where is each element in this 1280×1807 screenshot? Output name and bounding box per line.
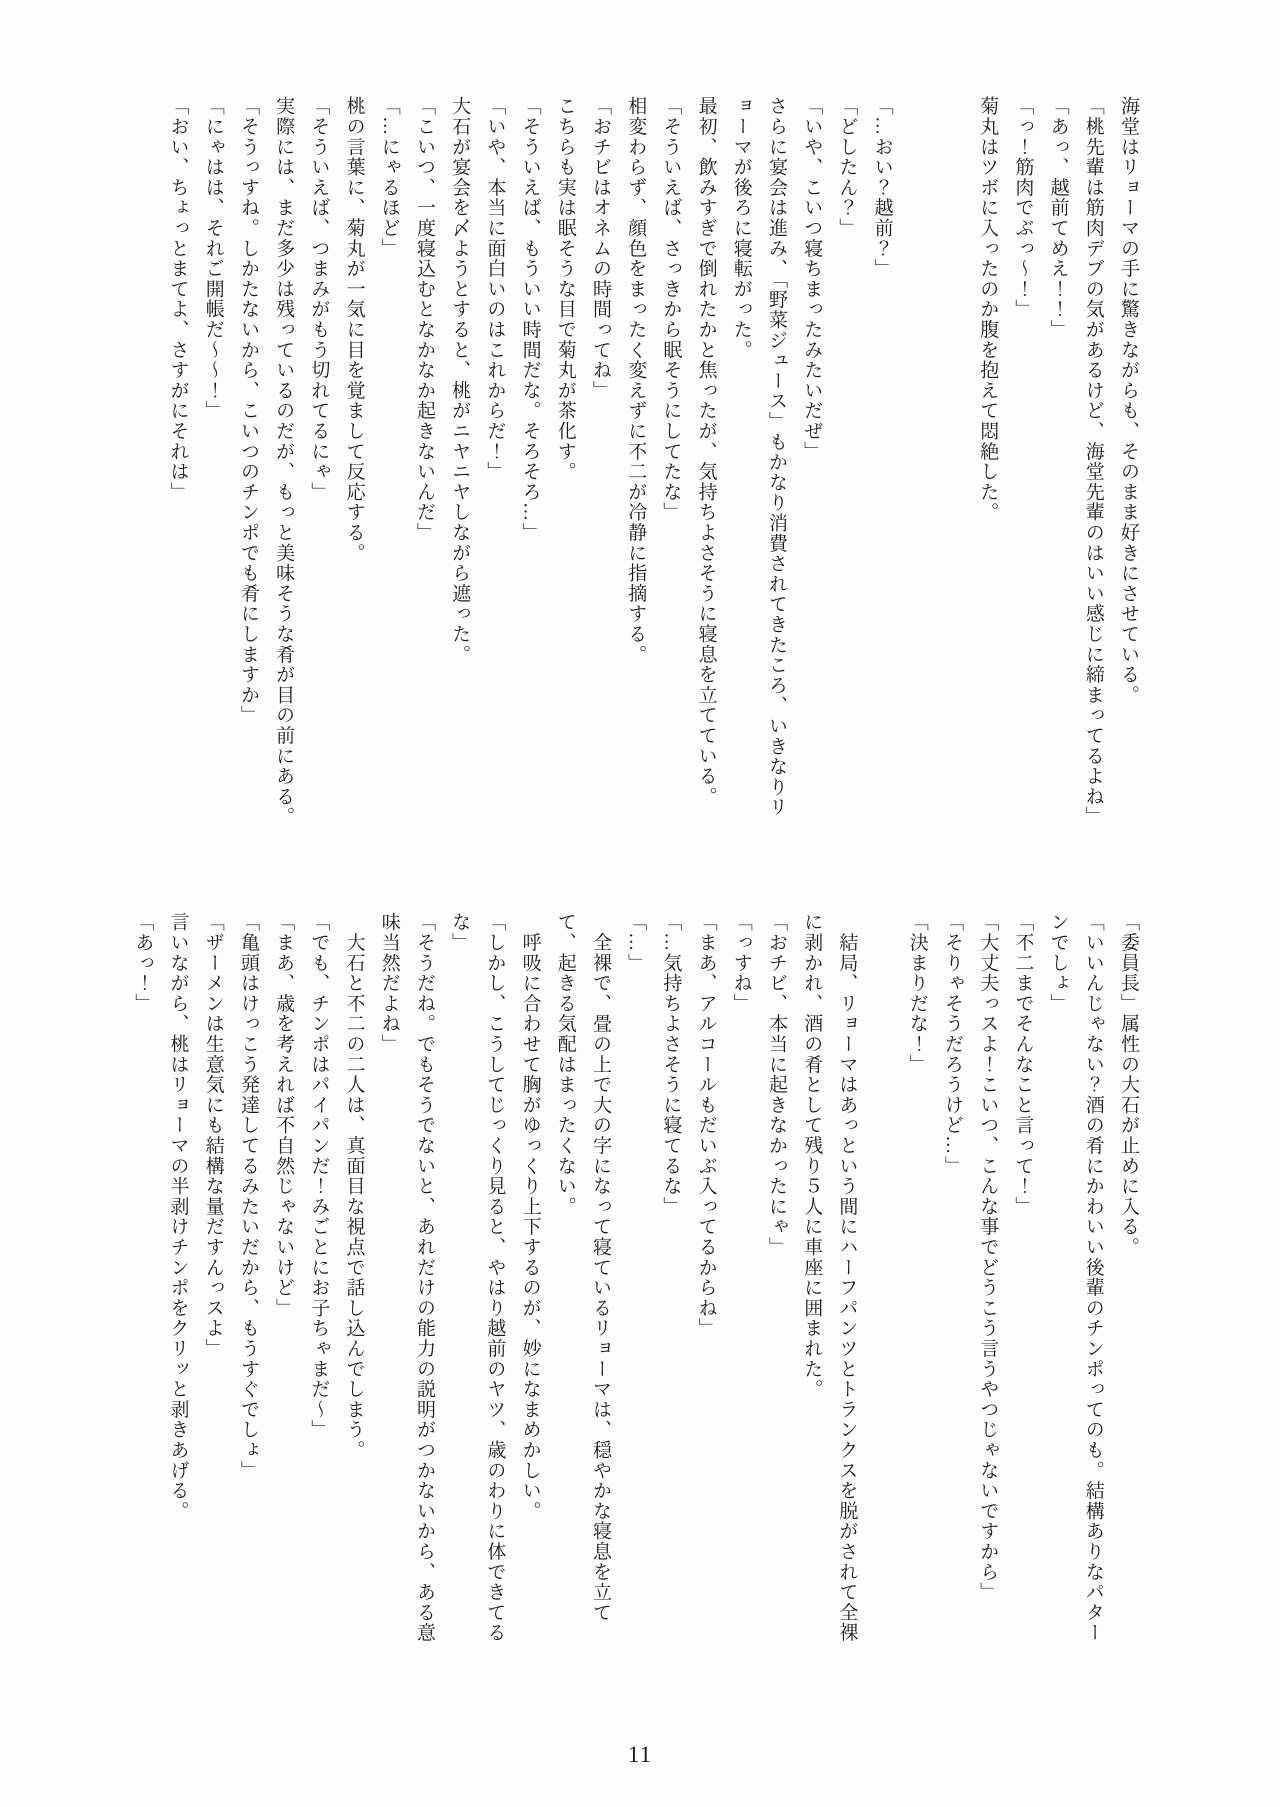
text-line: 「でも、チンポはパイパンだ！みごとにお子ちゃまだ〜」 <box>301 912 336 1643</box>
text-line: 「そりゃそうだろうけど…」 <box>935 912 970 1643</box>
text-line: 桃の言葉に、菊丸が一気に目を覚まして反応する。 <box>336 96 371 827</box>
text-line: 「いいんじゃない？酒の肴にかわいい後輩のチンポってのも。結構ありなパター <box>1076 912 1111 1643</box>
text-line: 「…気持ちよさそうに寝てるな」 <box>653 912 688 1643</box>
blank-line <box>864 912 899 1643</box>
text-line: 「そういえば、もういい時間だな。そろそろ…」 <box>512 96 547 827</box>
page-number: 11 <box>0 1742 1280 1768</box>
text-line: 「おチビ、本当に起きなかったにゃ」 <box>759 912 794 1643</box>
text-line: 「おチビはオネムの時間ってね」 <box>583 96 618 827</box>
text-line: 「委員長」属性の大石が止めに入る。 <box>1111 912 1146 1643</box>
vertical-text-band-bottom: 「委員長」属性の大石が止めに入る。「いいんじゃない？酒の肴にかわいい後輩のチンポ… <box>125 912 1146 1643</box>
text-line: 「桃先輩は筋肉デブの気があるけど、海堂先輩のはいい感じに締まってるよね」 <box>1076 96 1111 827</box>
text-line: 「いや、本当に面白いのはこれからだ！」 <box>477 96 512 827</box>
text-line: 「決まりだな！」 <box>900 912 935 1643</box>
text-line: 「亀頭はけっこう発達してるみたいだから、もうすぐでしょ」 <box>231 912 266 1643</box>
text-line: 「そういえば、つまみがもう切れてるにゃ」 <box>301 96 336 827</box>
text-line: ョーマが後ろに寝転がった。 <box>724 96 759 827</box>
text-line: こちらも実は眠そうな目で菊丸が茶化す。 <box>548 96 583 827</box>
text-line: 海堂はリョーマの手に驚きながらも、そのまま好きにさせている。 <box>1111 96 1146 827</box>
text-line: 大石と不二の二人は、真面目な視点で話し込んでしまう。 <box>336 912 371 1643</box>
text-line: 「いや、こいつ寝ちまったみたいだぜ」 <box>794 96 829 827</box>
text-line: 「…にゃるほど」 <box>372 96 407 827</box>
scanned-novel-page: 海堂はリョーマの手に驚きながらも、そのまま好きにさせている。「桃先輩は筋肉デブの… <box>0 0 1280 1807</box>
blank-line <box>900 96 935 827</box>
text-line: な」 <box>442 912 477 1643</box>
text-line: 「しかし、こうしてじっくり見ると、やはり越前のヤツ、歳のわりに体できてる <box>477 912 512 1643</box>
text-line: ンでしょ」 <box>1040 912 1075 1643</box>
text-line: 「そうだね。でもそうでないと、あれだけの能力の説明がつかないから、ある意 <box>407 912 442 1643</box>
text-line: 「っ！筋肉でぶっ〜！」 <box>1005 96 1040 827</box>
text-line: 「まあ、アルコールもだいぶ入ってるからね」 <box>688 912 723 1643</box>
text-line: 全裸で、畳の上で大の字になって寝ているリョーマは、穏やかな寝息を立て <box>583 912 618 1643</box>
text-line: 「…おい？越前？」 <box>864 96 899 827</box>
text-line: 味当然だよね」 <box>372 912 407 1643</box>
text-line: 言いながら、桃はリョーマの半剥けチンポをクリッと剥きあげる。 <box>160 912 195 1643</box>
text-line: 相変わらず、顔色をまったく変えずに不二が冷静に指摘する。 <box>618 96 653 827</box>
text-line: 「そうっすね。しかたないから、こいつのチンポでも肴にしますか」 <box>231 96 266 827</box>
text-line: 「っすね」 <box>724 912 759 1643</box>
text-line: 「ザーメンは生意気にも結構な量だすんっスよ」 <box>196 912 231 1643</box>
text-line: 「あっ、越前てめえ！！」 <box>1040 96 1075 827</box>
blank-line <box>935 96 970 827</box>
text-line: 「大丈夫っスよ！こいつ、こんな事でどうこう言うやつじゃないですから」 <box>970 912 1005 1643</box>
text-line: 呼吸に合わせて胸がゆっくり上下するのが、妙になまめかしい。 <box>512 912 547 1643</box>
text-line: 「…」 <box>618 912 653 1643</box>
text-line: 「にゃはは、それご開帳だ〜〜！」 <box>196 96 231 827</box>
text-line: さらに宴会は進み、「野菜ジュース」もかなり消費されてきたころ、いきなりリ <box>759 96 794 827</box>
text-line: 「どしたん？」 <box>829 96 864 827</box>
text-line: 大石が宴会を〆ようとすると、桃がニヤニヤしながら遮った。 <box>442 96 477 827</box>
text-line: 菊丸はツボに入ったのか腹を抱えて悶絶した。 <box>970 96 1005 827</box>
text-line: 最初、飲みすぎで倒れたかと焦ったが、気持ちよさそうに寝息を立てている。 <box>688 96 723 827</box>
text-line: て、起きる気配はまったくない。 <box>548 912 583 1643</box>
text-line: 「そういえば、さっきから眠そうにしてたな」 <box>653 96 688 827</box>
text-line: 「不二までそんなこと言って！」 <box>1005 912 1040 1643</box>
vertical-text-band-top: 海堂はリョーマの手に驚きながらも、そのまま好きにさせている。「桃先輩は筋肉デブの… <box>160 96 1146 827</box>
text-line: 「おい、ちょっとまてよ、さすがにそれは」 <box>160 96 195 827</box>
text-line: 結局、リョーマはあっという間にハーフパンツとトランクスを脱がされて全裸 <box>829 912 864 1643</box>
text-line: 実際には、まだ多少は残っているのだが、もっと美味そうな肴が目の前にある。 <box>266 96 301 827</box>
text-line: に剥かれ、酒の肴として残り５人に車座に囲まれた。 <box>794 912 829 1643</box>
text-line: 「まあ、歳を考えれば不自然じゃないけど」 <box>266 912 301 1643</box>
text-line: 「こいつ、一度寝込むとなかなか起きないんだ」 <box>407 96 442 827</box>
text-line: 「あっ！」 <box>125 912 160 1643</box>
